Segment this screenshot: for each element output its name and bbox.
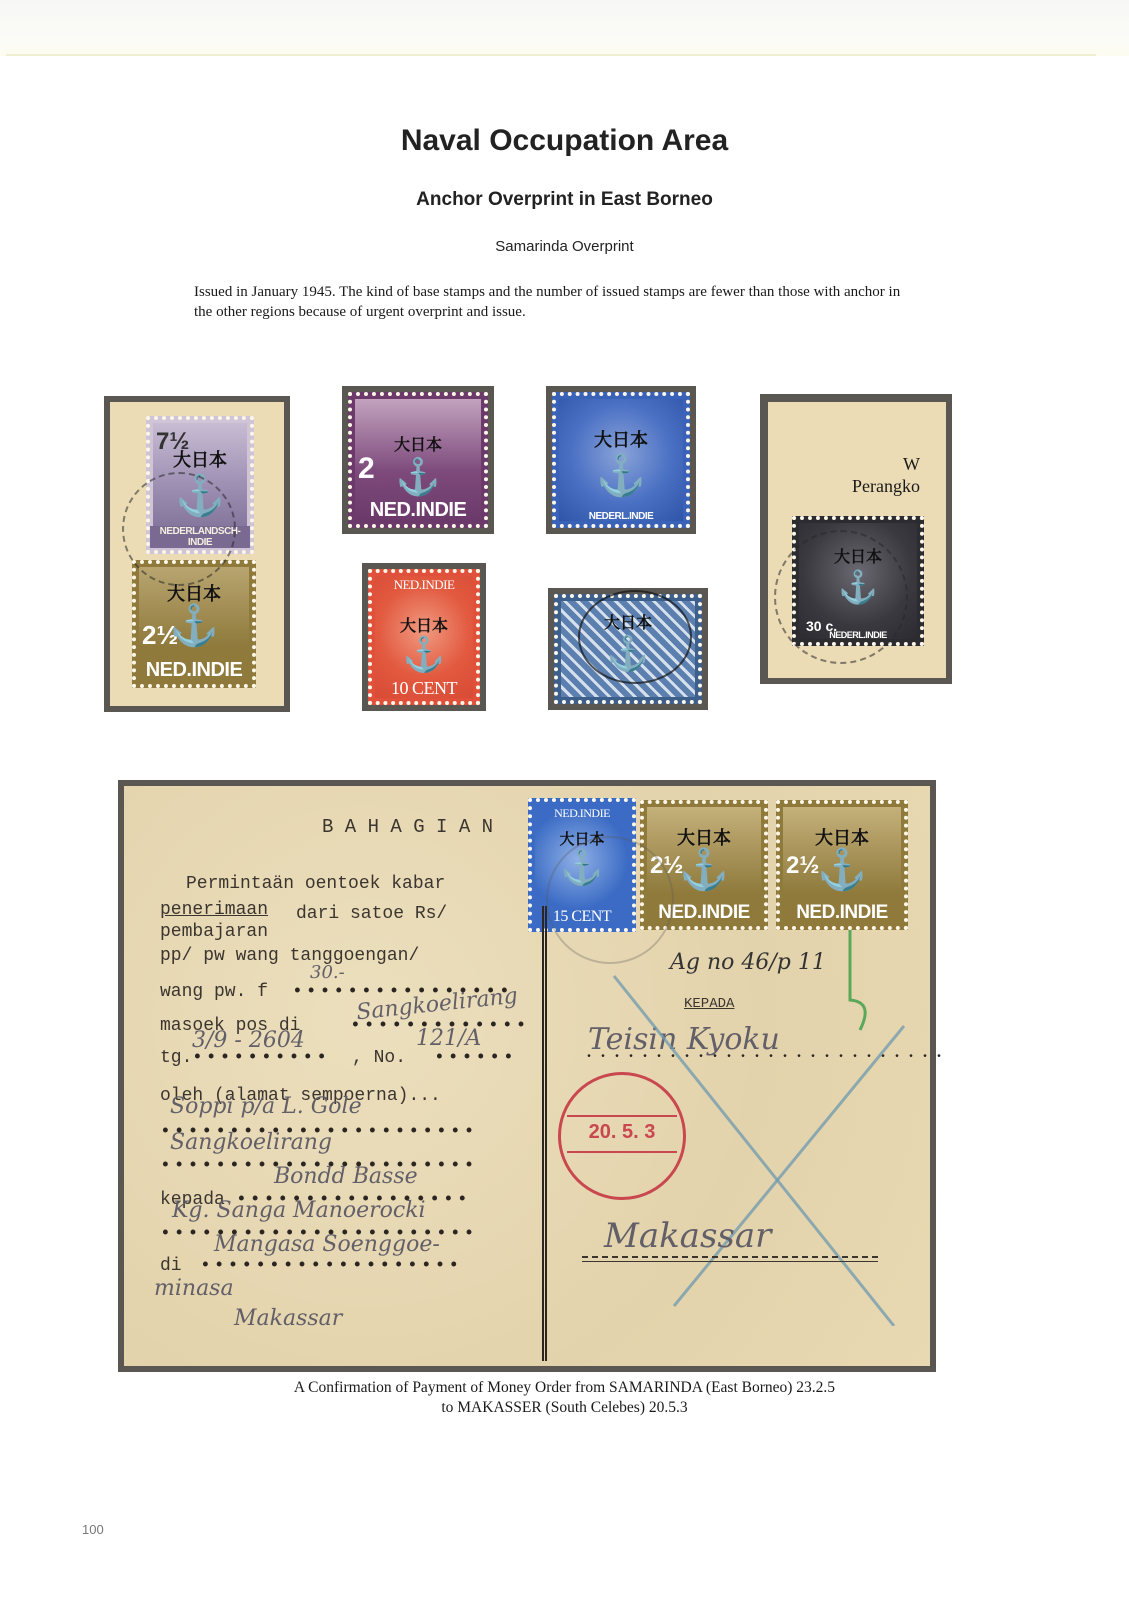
typed-line-6: wang pw. f [160,982,268,1002]
handwritten-amount: 30.- [310,962,345,983]
postmark [578,590,692,684]
typed-line-8: tg. [160,1048,192,1068]
dotted-field: ••••••••••••••••••• [200,1256,462,1276]
handwritten-addressee-4: minasa [154,1276,234,1301]
postmark-date: 20. 5. 3 [561,1121,683,1144]
scan-edge-line [6,54,1096,56]
typed-line-4: pembajaran [160,922,268,942]
handwritten-addressee-5: Makassar [234,1306,342,1331]
cover-piece: 7½ 大日本 ⚓ NEDERLANDSCH-INDIE 2½ 大日本 ⚓ NED… [110,402,284,706]
overprint-text: 大日本 [150,446,250,472]
handwritten-addressee-3: Mangasa Soenggoe- [214,1232,440,1257]
typed-line-12: di [160,1256,182,1276]
caption-line-1: A Confirmation of Payment of Money Order… [0,1378,1129,1398]
anchor-overprint-icon: ⚓ [352,456,484,498]
scan-top-edge [0,0,1129,56]
postcard-heading: B A H A G I A N [322,816,493,838]
stamp-mount-4: NED.INDIE 大日本 ⚓ 10 CENT [362,563,486,711]
stamp-mount-piece-1: 7½ 大日本 ⚓ NEDERLANDSCH-INDIE 2½ 大日本 ⚓ NED… [104,396,290,712]
stamp-2-cent: 2 大日本 ⚓ NED.INDIE [348,392,488,528]
postcard: B A H A G I A N NED.INDIE 大日本 ⚓ 15 CENT … [124,786,930,1366]
typed-line-5: pp/ pw wang tanggoengan/ [160,946,419,966]
caption-line-2: to MAKASSER (South Celebes) 20.5.3 [0,1398,1129,1418]
section-title: Samarinda Overprint [0,238,1129,255]
stamp-mount-2: 2 大日本 ⚓ NED.INDIE [342,386,494,534]
handwritten-destination: Makassar [604,1216,771,1256]
overprint-text: 大日本 [556,426,686,452]
anchor-overprint-icon: ⚓ [136,602,252,649]
divider-rule [542,906,547,1361]
postcard-mount: B A H A G I A N NED.INDIE 大日本 ⚓ 15 CENT … [118,780,936,1372]
piece-text-w: W [903,454,920,475]
typed-line-2: penerimaan [160,900,268,920]
overprint-text: 大日本 [352,432,484,455]
red-postmark: 20. 5. 3 [558,1072,686,1200]
handwritten-sender-1: Soppi p/a L. Gole [170,1094,362,1119]
page-title: Naval Occupation Area [0,124,1129,158]
handwritten-addressee-2: Kg. Sanga Manoerocki [172,1198,426,1223]
overprint-text: 大日本 [372,613,476,636]
handwritten-date: 3/9 - 2604 [192,1028,305,1053]
postmark [122,472,236,586]
anchor-overprint-icon: ⚓ [372,635,476,675]
intro-paragraph: Issued in January 1945. The kind of base… [194,282,914,322]
postcard-caption: A Confirmation of Payment of Money Order… [0,1378,1129,1418]
postcard-stamp-2-half-cent-b: 大日本 2½ ⚓ NED.INDIE [776,800,908,930]
postmark [774,530,908,664]
handwritten-addressee-1: Bondd Basse [274,1164,418,1189]
anchor-overprint-icon: ⚓ [780,846,904,893]
stamp-mount-piece-6: W Perangko 大日本 ⚓ 30 c. NEDERL.INDIE [760,394,952,684]
cover-piece: W Perangko 大日本 ⚓ 30 c. NEDERL.INDIE [768,402,946,678]
piece-text-perangko: Perangko [852,476,920,497]
handwritten-number: 121/A [416,1026,481,1051]
typed-line-1: Permintaän oentoek kabar [186,874,445,894]
stamp-mount-3: 大日本 ⚓ NEDERL.INDIE [546,386,696,534]
dotted-field: •••••• [434,1048,517,1068]
page-subtitle: Anchor Overprint in East Borneo [0,189,1129,211]
address-underline [582,1256,878,1262]
green-mark [824,926,884,1036]
handwritten-sender-2: Sangkoelirang [170,1130,332,1155]
stamp-blue-queen: 大日本 ⚓ NEDERL.INDIE [552,392,690,528]
anchor-overprint-icon: ⚓ [556,452,686,499]
typed-line-3: dari satoe Rs/ [296,904,447,924]
page-number: 100 [82,1522,104,1537]
stamp-10-cent: NED.INDIE 大日本 ⚓ 10 CENT [368,569,480,705]
typed-line-9: , No. [352,1048,406,1068]
postmark [546,836,674,964]
stamp-mount-5: 大日本 ⚓ [548,588,708,710]
